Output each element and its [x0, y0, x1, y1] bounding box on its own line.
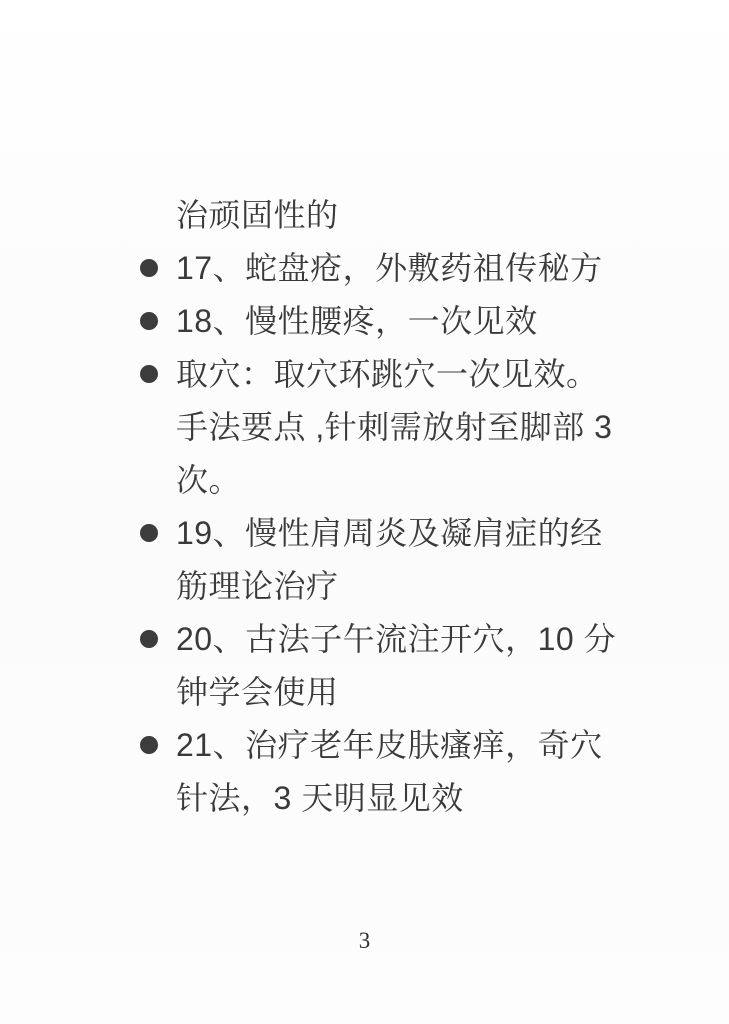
list-item-line: 针法，3 天明显见效 [176, 772, 620, 825]
continuation-line: 治顽固性的 [176, 189, 620, 242]
list-item-21: 21、治疗老年皮肤瘙痒，奇穴 针法，3 天明显见效 [140, 719, 620, 825]
bullet-icon [140, 259, 158, 277]
list-item-line: 钟学会使用 [176, 666, 620, 719]
list-item-line: 手法要点 ,针刺需放射至脚部 3 [176, 401, 620, 454]
list-item-line: 筋理论治疗 [176, 560, 620, 613]
list-item-line: 19、慢性肩周炎及凝肩症的经 [176, 507, 620, 560]
bullet-icon [140, 312, 158, 330]
list-item-20: 20、古法子午流注开穴，10 分 钟学会使用 [140, 613, 620, 719]
list-item-line: 20、古法子午流注开穴，10 分 [176, 613, 620, 666]
bullet-icon [140, 736, 158, 754]
bulleted-list: 治顽固性的 17、蛇盘疮，外敷药祖传秘方 18、慢性腰疼，一次见效 取穴：取穴环… [140, 189, 620, 825]
list-item-text: 21、治疗老年皮肤瘙痒，奇穴 针法，3 天明显见效 [176, 719, 620, 825]
list-item-line: 18、慢性腰疼，一次见效 [176, 295, 620, 348]
page-number: 3 [0, 928, 729, 954]
list-item-text: 19、慢性肩周炎及凝肩症的经 筋理论治疗 [176, 507, 620, 613]
list-item-17: 17、蛇盘疮，外敷药祖传秘方 [140, 242, 620, 295]
list-item-text: 20、古法子午流注开穴，10 分 钟学会使用 [176, 613, 620, 719]
list-item-text: 取穴：取穴环跳穴一次见效。 手法要点 ,针刺需放射至脚部 3 次。 [176, 348, 620, 507]
list-item-line: 次。 [176, 454, 620, 507]
list-item-line: 21、治疗老年皮肤瘙痒，奇穴 [176, 719, 620, 772]
list-item-text: 18、慢性腰疼，一次见效 [176, 295, 620, 348]
list-item-acupoint-note: 取穴：取穴环跳穴一次见效。 手法要点 ,针刺需放射至脚部 3 次。 [140, 348, 620, 507]
list-item-line: 取穴：取穴环跳穴一次见效。 [176, 348, 620, 401]
list-item-line: 17、蛇盘疮，外敷药祖传秘方 [176, 242, 620, 295]
bullet-icon [140, 630, 158, 648]
list-item-text: 17、蛇盘疮，外敷药祖传秘方 [176, 242, 620, 295]
bullet-icon [140, 524, 158, 542]
list-item-19: 19、慢性肩周炎及凝肩症的经 筋理论治疗 [140, 507, 620, 613]
list-item-18: 18、慢性腰疼，一次见效 [140, 295, 620, 348]
bullet-icon [140, 365, 158, 383]
